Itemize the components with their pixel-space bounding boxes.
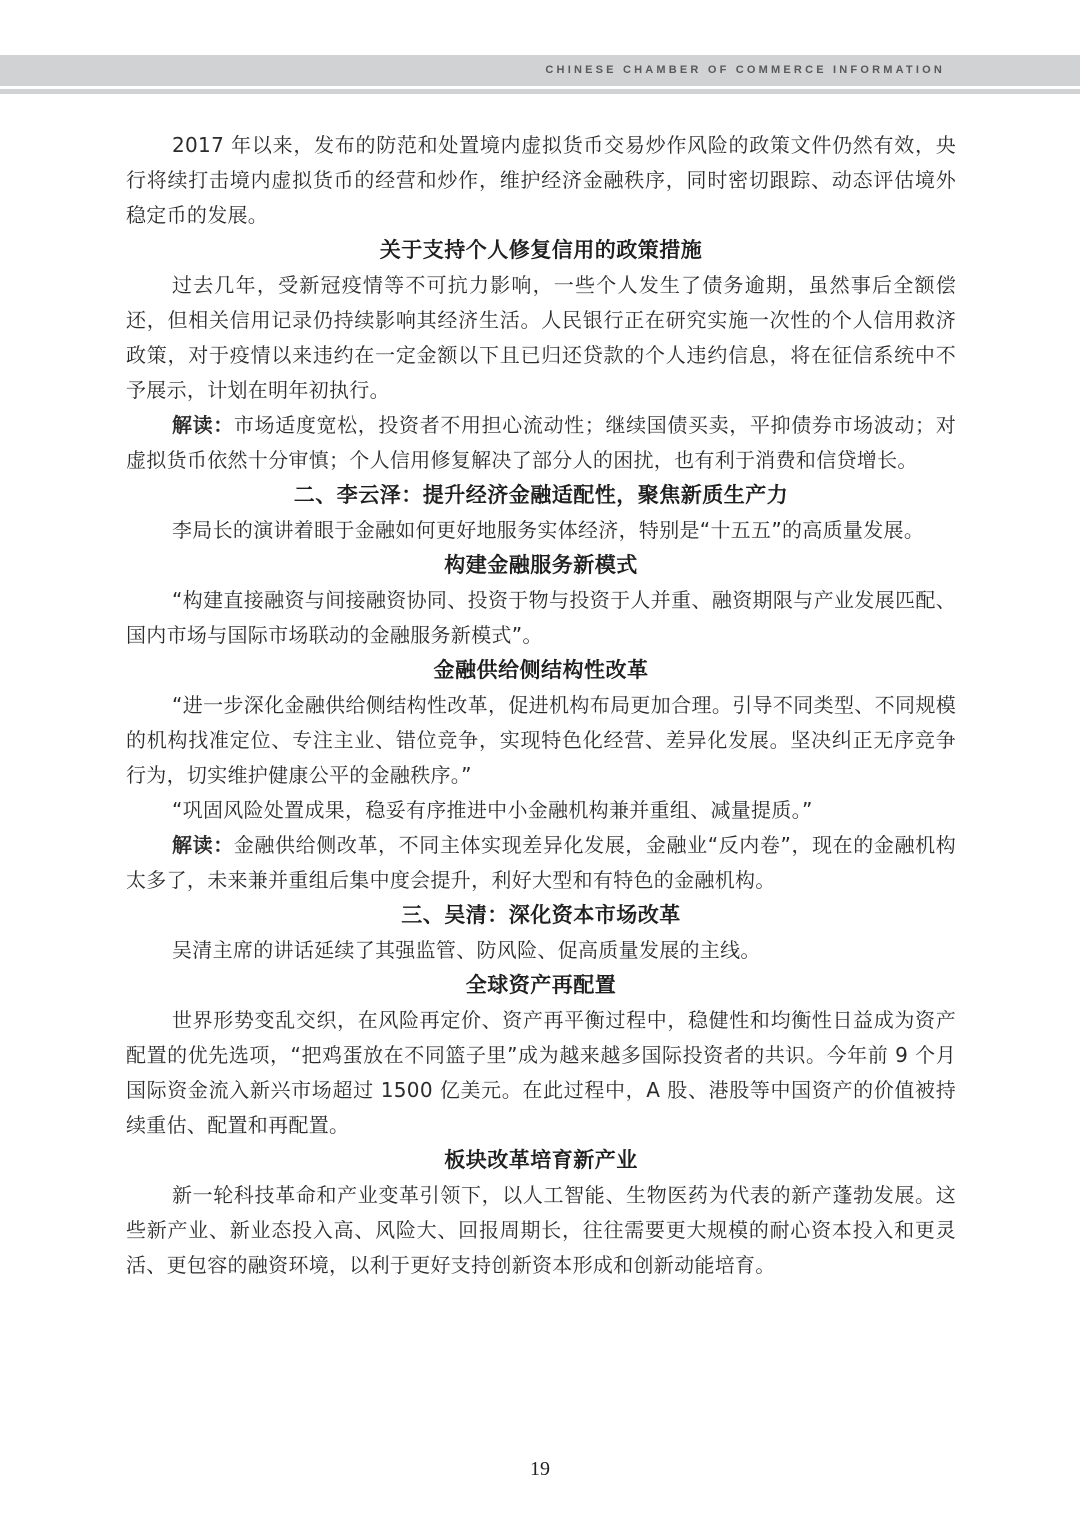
paragraph: 吴清主席的讲话延续了其强监管、防风险、促高质量发展的主线。 <box>126 933 956 968</box>
interpretation-paragraph: 解读：金融供给侧改革，不同主体实现差异化发展，金融业“反内卷”，现在的金融机构太… <box>126 828 956 898</box>
paragraph: 李局长的演讲着眼于金融如何更好地服务实体经济，特别是“十五五”的高质量发展。 <box>126 513 956 548</box>
paragraph: 2017 年以来，发布的防范和处置境内虚拟货币交易炒作风险的政策文件仍然有效，央… <box>126 128 956 233</box>
section-subheading: 金融供给侧结构性改革 <box>126 653 956 688</box>
interpretation-text: 金融供给侧改革，不同主体实现差异化发展，金融业“反内卷”，现在的金融机构太多了，… <box>126 833 956 892</box>
quote-paragraph: “巩固风险处置成果，稳妥有序推进中小金融机构兼并重组、减量提质。” <box>126 793 956 828</box>
section-subheading: 关于支持个人修复信用的政策措施 <box>126 233 956 268</box>
interpretation-paragraph: 解读：市场适度宽松，投资者不用担心流动性；继续国债买卖，平抑债券市场波动；对虚拟… <box>126 408 956 478</box>
section-subheading: 构建金融服务新模式 <box>126 548 956 583</box>
paragraph: 世界形势变乱交织，在风险再定价、资产再平衡过程中，稳健性和均衡性日益成为资产配置… <box>126 1003 956 1143</box>
paragraph: 过去几年，受新冠疫情等不可抗力影响，一些个人发生了债务逾期，虽然事后全额偿还，但… <box>126 268 956 408</box>
section-heading: 三、吴清：深化资本市场改革 <box>126 898 956 933</box>
quote-paragraph: “构建直接融资与间接融资协同、投资于物与投资于人并重、融资期限与产业发展匹配、国… <box>126 583 956 653</box>
page-number: 19 <box>0 1458 1080 1481</box>
article-body: 2017 年以来，发布的防范和处置境内虚拟货币交易炒作风险的政策文件仍然有效，央… <box>126 128 956 1283</box>
section-heading: 二、李云泽：提升经济金融适配性，聚焦新质生产力 <box>126 478 956 513</box>
interpretation-label: 解读： <box>172 413 234 437</box>
interpretation-label: 解读： <box>172 833 234 857</box>
publication-name: CHINESE CHAMBER OF COMMERCE INFORMATION <box>545 64 945 76</box>
section-subheading: 板块改革培育新产业 <box>126 1143 956 1178</box>
header-band: CHINESE CHAMBER OF COMMERCE INFORMATION <box>0 55 1080 86</box>
quote-paragraph: “进一步深化金融供给侧结构性改革，促进机构布局更加合理。引导不同类型、不同规模的… <box>126 688 956 793</box>
interpretation-text: 市场适度宽松，投资者不用担心流动性；继续国债买卖，平抑债券市场波动；对虚拟货币依… <box>126 413 956 472</box>
section-subheading: 全球资产再配置 <box>126 968 956 1003</box>
paragraph: 新一轮科技革命和产业变革引领下，以人工智能、生物医药为代表的新产蓬勃发展。这些新… <box>126 1178 956 1283</box>
header-divider <box>0 89 1080 94</box>
